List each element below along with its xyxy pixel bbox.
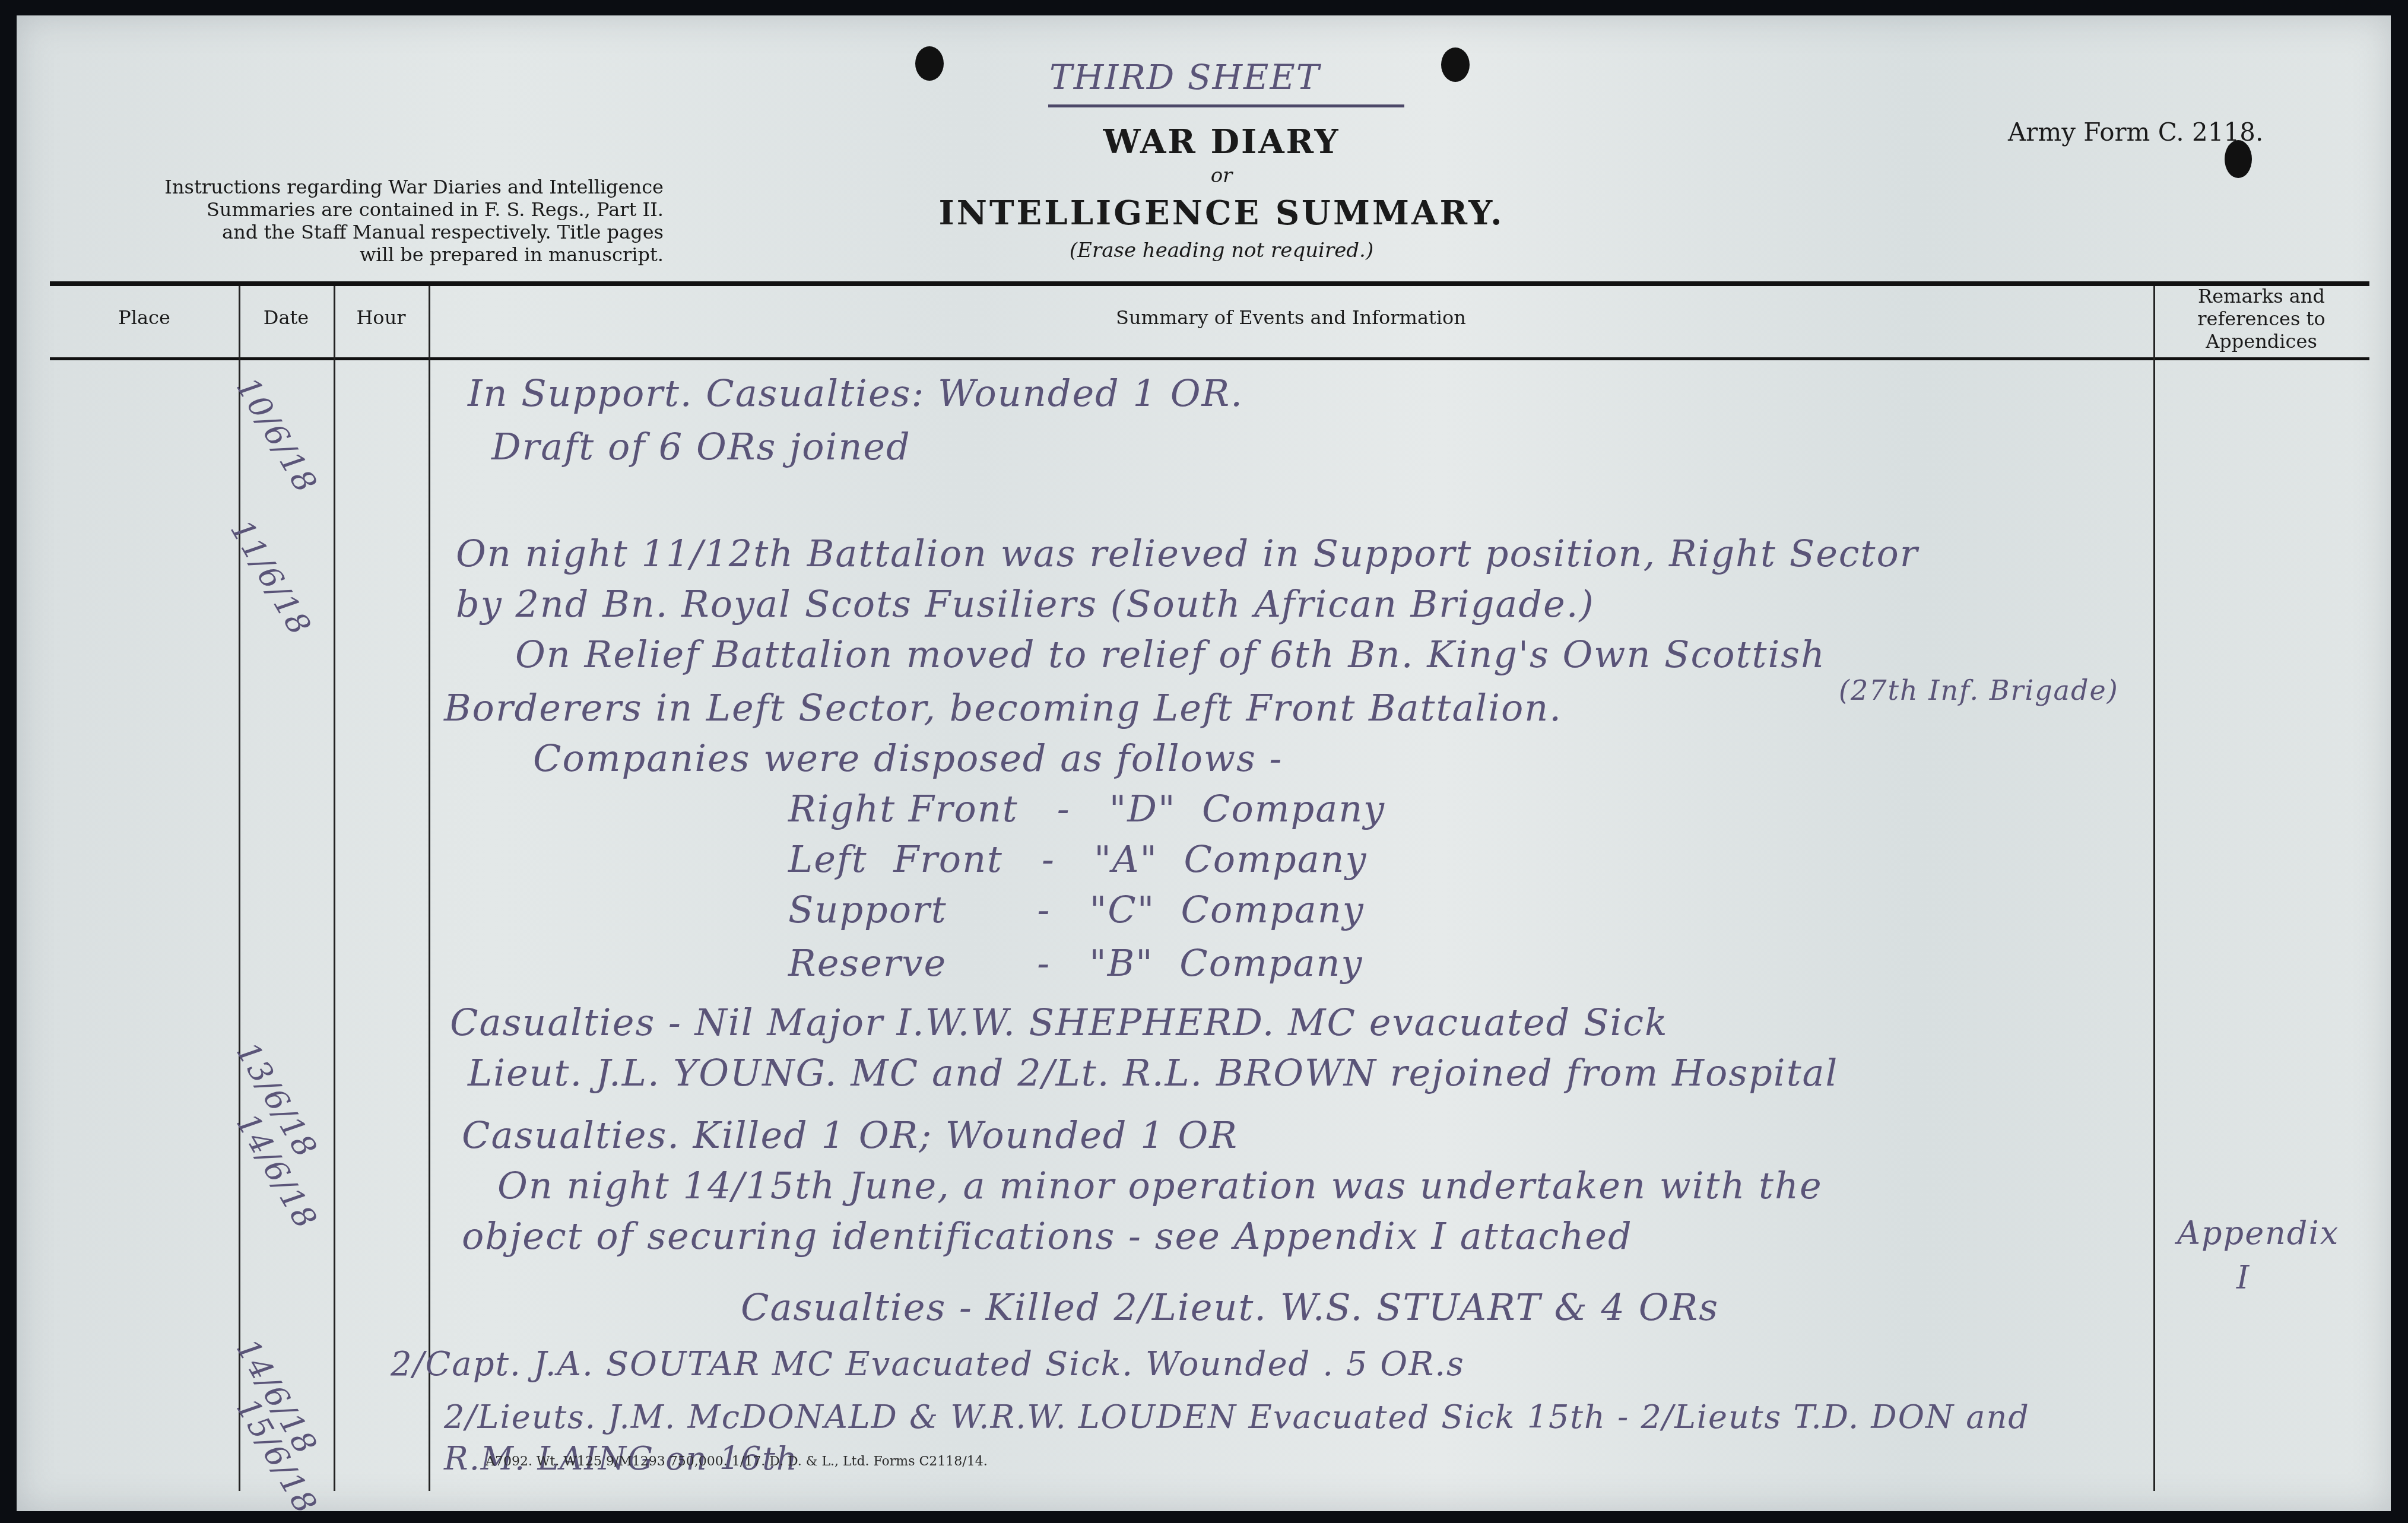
column-divider-date (334, 286, 335, 1491)
entry-line: Right Front - "D" Company (788, 787, 1385, 830)
entry-line: In Support. Casualties: Wounded 1 OR. (468, 372, 1243, 415)
punch-hole-right (1441, 47, 1470, 82)
entry-date: 11/6/18 (223, 514, 318, 642)
entry-date: 10/6/18 (229, 372, 323, 500)
column-header-date: Date (239, 306, 334, 329)
entry-line: Lieut. J.L. YOUNG. MC and 2/Lt. R.L. BRO… (468, 1051, 1838, 1094)
entry-line: Casualties - Nil Major I.W.W. SHEPHERD. … (450, 1001, 1668, 1044)
column-header-remarks: Remarks and references to Appendices (2153, 285, 2369, 353)
war-diary-sheet: THIRD SHEET WAR DIARY or INTELLIGENCE SU… (17, 15, 2391, 1511)
column-divider-place (239, 286, 240, 1491)
instructions-block: Instructions regarding War Diaries and I… (106, 176, 664, 266)
entry-line: On night 11/12th Battalion was relieved … (456, 532, 1918, 575)
entry-line: Draft of 6 ORs joined (491, 425, 911, 468)
instructions-line: Summaries are contained in F. S. Regs., … (106, 198, 664, 221)
instructions-line: Instructions regarding War Diaries and I… (106, 176, 664, 198)
appendix-number: I (2236, 1259, 2250, 1296)
entry-line: Casualties. Killed 1 OR; Wounded 1 OR (462, 1113, 1238, 1157)
column-divider-summary (2153, 286, 2155, 1491)
erase-note: (Erase heading not required.) (943, 239, 1500, 262)
header-bottom-rule (50, 357, 2369, 360)
entry-line: Left Front - "A" Company (788, 837, 1368, 881)
entry-line: Support - "C" Company (788, 888, 1365, 931)
entry-line: 2/Capt. J.A. SOUTAR MC Evacuated Sick. W… (391, 1345, 1465, 1384)
sheet-note-underline (1048, 104, 1404, 107)
entry-line: Casualties - Killed 2/Lieut. W.S. STUART… (741, 1286, 1719, 1329)
entry-line: (27th Inf. Brigade) (1839, 674, 2119, 706)
entry-line: object of securing identifications - see… (462, 1214, 1633, 1258)
column-divider-hour (429, 286, 430, 1491)
appendix-reference: Appendix (2177, 1214, 2339, 1252)
entry-line: Borderers in Left Sector, becoming Left … (444, 686, 1562, 729)
entry-line: Reserve - "B" Company (788, 941, 1363, 985)
entry-line: Companies were disposed as follows - (533, 737, 1283, 780)
title-intelligence-summary: INTELLIGENCE SUMMARY. (883, 193, 1560, 233)
sheet-note: THIRD SHEET (1049, 57, 1320, 97)
army-form-number: Army Form C. 2118. (2008, 118, 2263, 147)
column-header-hour: Hour (334, 306, 429, 329)
entry-line: by 2nd Bn. Royal Scots Fusiliers (South … (456, 582, 1595, 626)
entry-line: 2/Lieuts. J.M. McDONALD & W.R.W. LOUDEN … (444, 1398, 2030, 1436)
entry-line: On Relief Battalion moved to relief of 6… (515, 633, 1826, 676)
column-header-summary: Summary of Events and Information (429, 306, 2153, 329)
entry-line: On night 14/15th June, a minor operation… (497, 1164, 1823, 1207)
title-or: or (943, 164, 1500, 188)
printer-imprint: A7092. Wt. W125 9/M1293 750,000. 1/17. D… (486, 1454, 988, 1469)
column-header-place: Place (50, 306, 239, 329)
punch-hole-left (915, 46, 944, 81)
table-top-rule (50, 281, 2369, 286)
instructions-line: and the Staff Manual respectively. Title… (106, 221, 664, 243)
title-war-diary: WAR DIARY (943, 122, 1500, 161)
instructions-line: will be prepared in manuscript. (106, 243, 664, 266)
